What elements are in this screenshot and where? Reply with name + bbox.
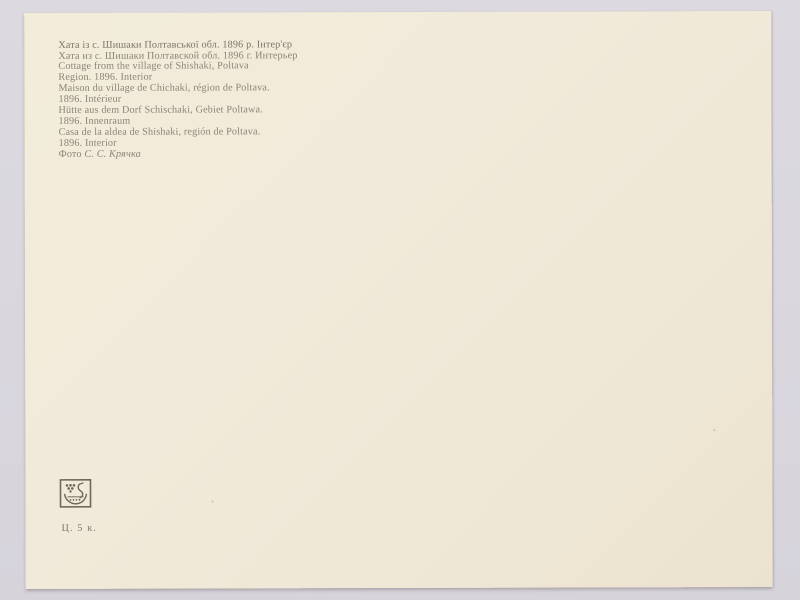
photo-author: С. С. Крячка xyxy=(84,149,141,160)
photo-credit: Фото С. С. Крячка xyxy=(59,149,389,160)
price-label: Ц. 5 к. xyxy=(62,523,98,534)
caption-block: Хата із с. Шишаки Полтавської обл. 1896 … xyxy=(58,40,388,160)
paper-speck xyxy=(212,500,214,502)
postcard-back: Хата із с. Шишаки Полтавської обл. 1896 … xyxy=(24,11,773,589)
photo-label: Фото xyxy=(59,149,82,160)
paper-speck xyxy=(72,97,74,99)
caption-french: Maison du village de Chichaki, région de… xyxy=(58,83,388,105)
caption-german: Hütte aus dem Dorf Schischaki, Gebiet Po… xyxy=(58,105,388,127)
paper-speck xyxy=(713,429,715,431)
caption-spanish: Casa de la aldea de Shishaki, región de … xyxy=(59,127,389,149)
publisher-emblem-icon xyxy=(59,479,91,508)
caption-english: Cottage from the village of Shishaki, Po… xyxy=(58,61,388,83)
